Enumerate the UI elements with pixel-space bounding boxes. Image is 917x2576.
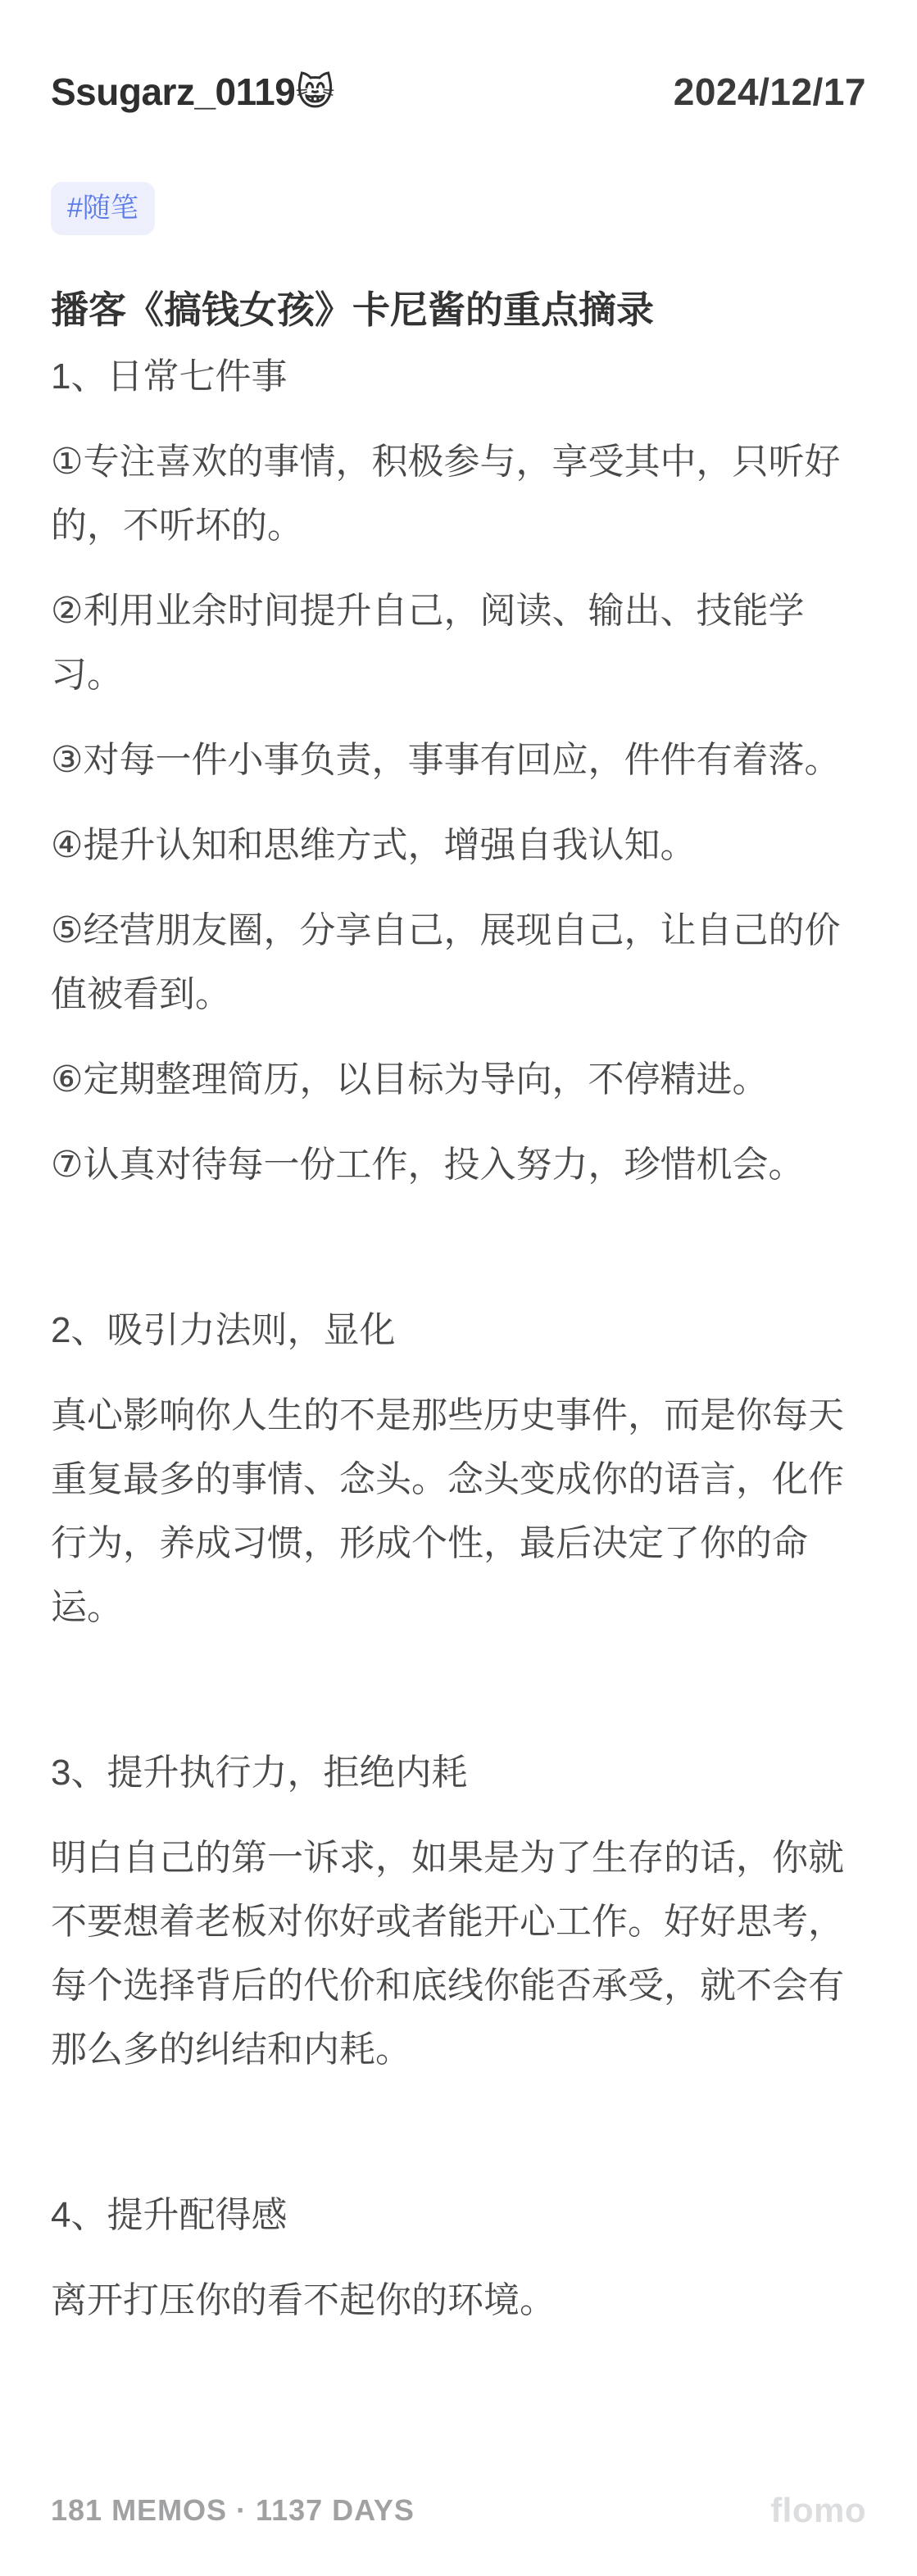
tag-suibi[interactable]: #随笔 [51,182,155,235]
tag-row: #随笔 [51,182,866,235]
section-heading: 3、提升执行力，拒绝内耗 [51,1741,866,1805]
note-title: 播客《搞钱女孩》卡尼酱的重点摘录 [51,286,866,333]
memo-paragraph: ④提升认知和思维方式，增强自我认知。 [51,814,866,878]
flomo-logo: flomo [770,2491,866,2530]
memo-date: 2024/12/17 [674,69,866,115]
memo-paragraph: 离开打压你的看不起你的环境。 [51,2269,866,2333]
section-heading: 1、日常七件事 [51,345,866,409]
memo-card: Ssugarz_0119😸 2024/12/17 #随笔 播客《搞钱女孩》卡尼酱… [0,0,917,2576]
memo-paragraph: ②利用业余时间提升自己，阅读、输出、技能学习。 [51,579,866,707]
memo-share-card: { "header": { "username": "Ssugarz_0119😸… [0,0,917,2576]
memo-section-3: 3、提升执行力，拒绝内耗 明白自己的第一诉求，如果是为了生存的话，你就不要想着老… [51,1741,866,2082]
section-heading: 4、提升配得感 [51,2184,866,2247]
memo-section-2: 2、吸引力法则，显化 真心影响你人生的不是那些历史事件，而是你每天重复最多的事情… [51,1299,866,1639]
memo-stats: 181 MEMOS · 1137 DAYS [51,2493,415,2528]
memo-paragraph: ⑤经营朋友圈，分享自己，展现自己，让自己的价值被看到。 [51,899,866,1027]
section-heading: 2、吸引力法则，显化 [51,1299,866,1363]
card-footer: 181 MEMOS · 1137 DAYS flomo [51,2491,866,2530]
memo-paragraph: 明白自己的第一诉求，如果是为了生存的话，你就不要想着老板对你好或者能开心工作。好… [51,1826,866,2082]
memo-section-4: 4、提升配得感 离开打压你的看不起你的环境。 [51,2184,866,2333]
memo-paragraph: 真心影响你人生的不是那些历史事件，而是你每天重复最多的事情、念头。念头变成你的语… [51,1384,866,1639]
memo-paragraph: ③对每一件小事负责，事事有回应，件件有着落。 [51,728,866,792]
memo-paragraph: ①专注喜欢的事情，积极参与，享受其中，只听好的，不听坏的。 [51,430,866,558]
card-header: Ssugarz_0119😸 2024/12/17 [51,69,866,115]
memo-section-1: 1、日常七件事 ①专注喜欢的事情，积极参与，享受其中，只听好的，不听坏的。 ②利… [51,345,866,1197]
memo-paragraph: ⑥定期整理简历，以目标为导向，不停精进。 [51,1048,866,1112]
username: Ssugarz_0119😸 [51,69,334,115]
memo-paragraph: ⑦认真对待每一份工作，投入努力，珍惜机会。 [51,1133,866,1197]
